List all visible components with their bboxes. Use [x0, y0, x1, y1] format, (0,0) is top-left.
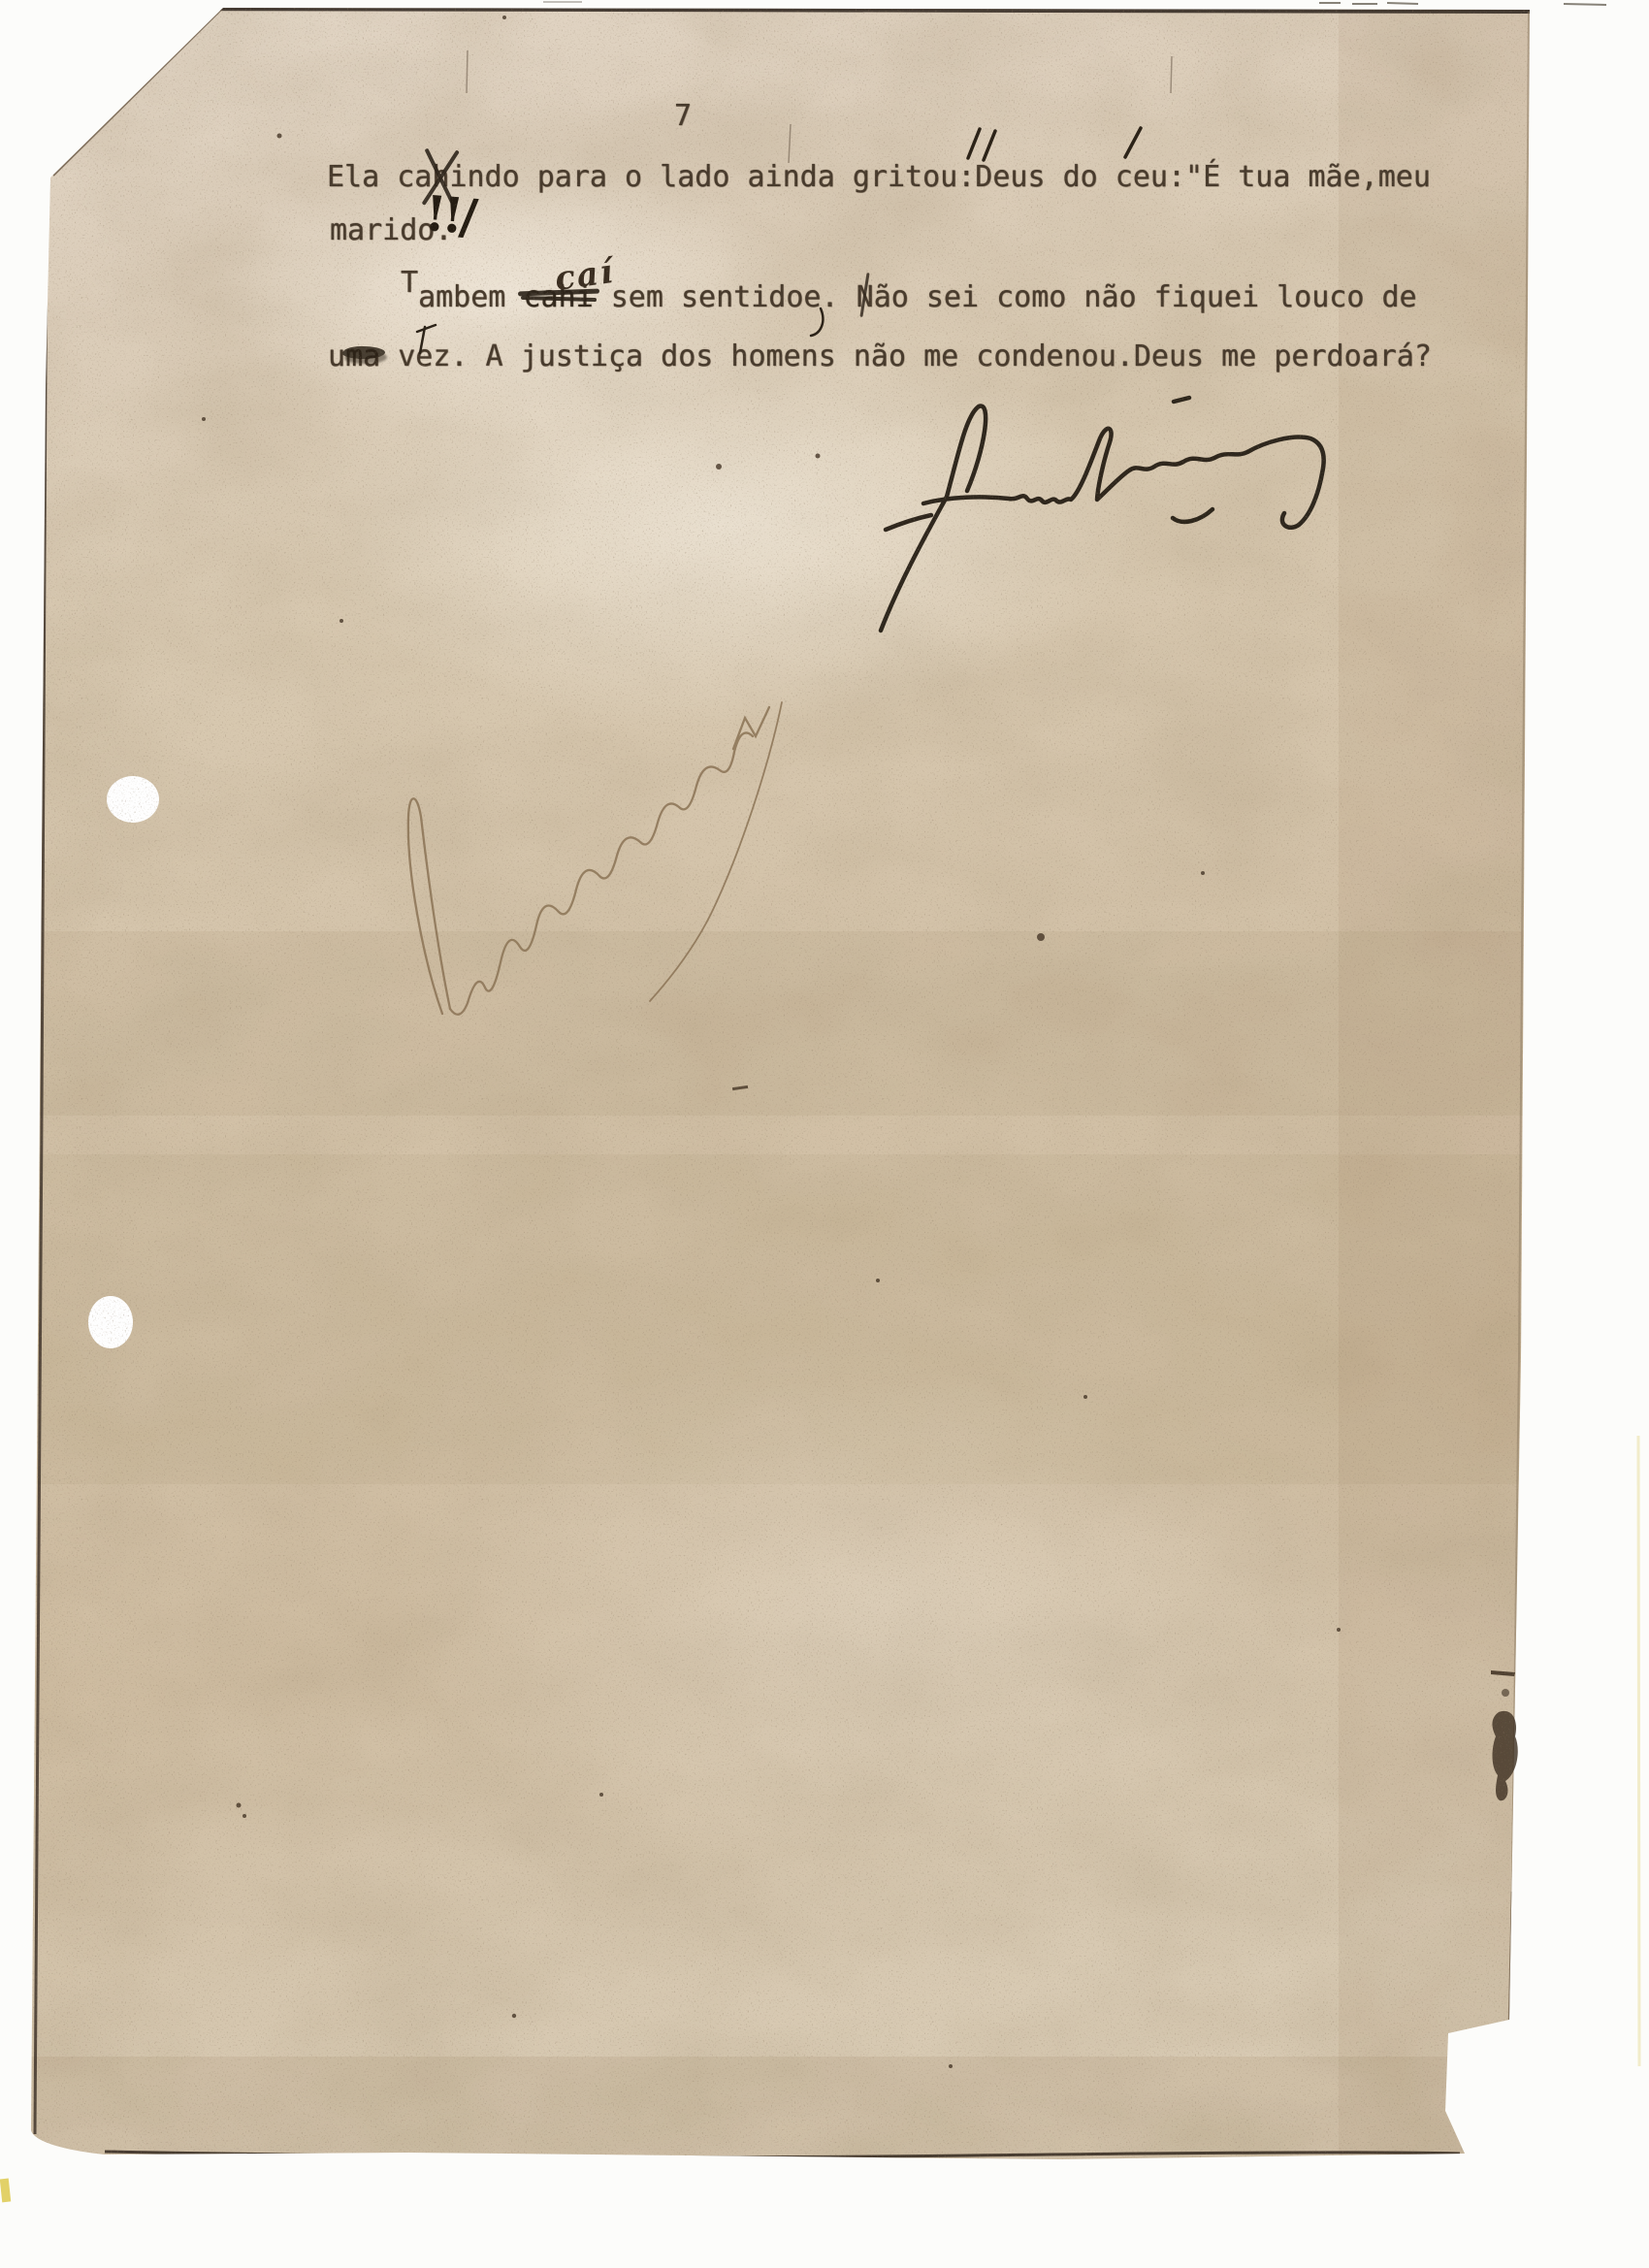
overstruck-letter-N: N: [857, 282, 874, 312]
line3-mid: sem sentidoe.: [594, 280, 857, 314]
scanned-manuscript-page: { "document": { "page_number": "7", "typ…: [0, 0, 1649, 2268]
page-number: 7: [674, 101, 692, 131]
line1-rest: indo para o lado ainda gritou:Deus do ce…: [449, 160, 1430, 194]
line3-word-start: ambem: [418, 280, 523, 314]
line4-prefix: u: [328, 340, 345, 373]
typed-text-layer: 7 Ela cahindo para o lado ainda gritou:D…: [0, 0, 1649, 2268]
handwritten-exclamations: !!/: [423, 184, 476, 245]
line4-rest: vez. A justiça dos homens não me condeno…: [380, 340, 1432, 373]
blotted-letters: ma: [345, 341, 380, 372]
line1-prefix: Ela ca: [327, 160, 432, 194]
typed-line-1: Ela cahindo para o lado ainda gritou:Deu…: [327, 162, 1431, 192]
typed-line-3: Tambem cahi sem sentidoe. Não sei como n…: [401, 282, 1417, 312]
line3-rest: ão sei como não fiquei louco de: [874, 280, 1417, 314]
raised-letter-T: T: [401, 268, 418, 298]
typed-line-4: uma vez. A justiça dos homens não me con…: [328, 341, 1432, 372]
handwritten-correction: caí: [553, 252, 618, 299]
